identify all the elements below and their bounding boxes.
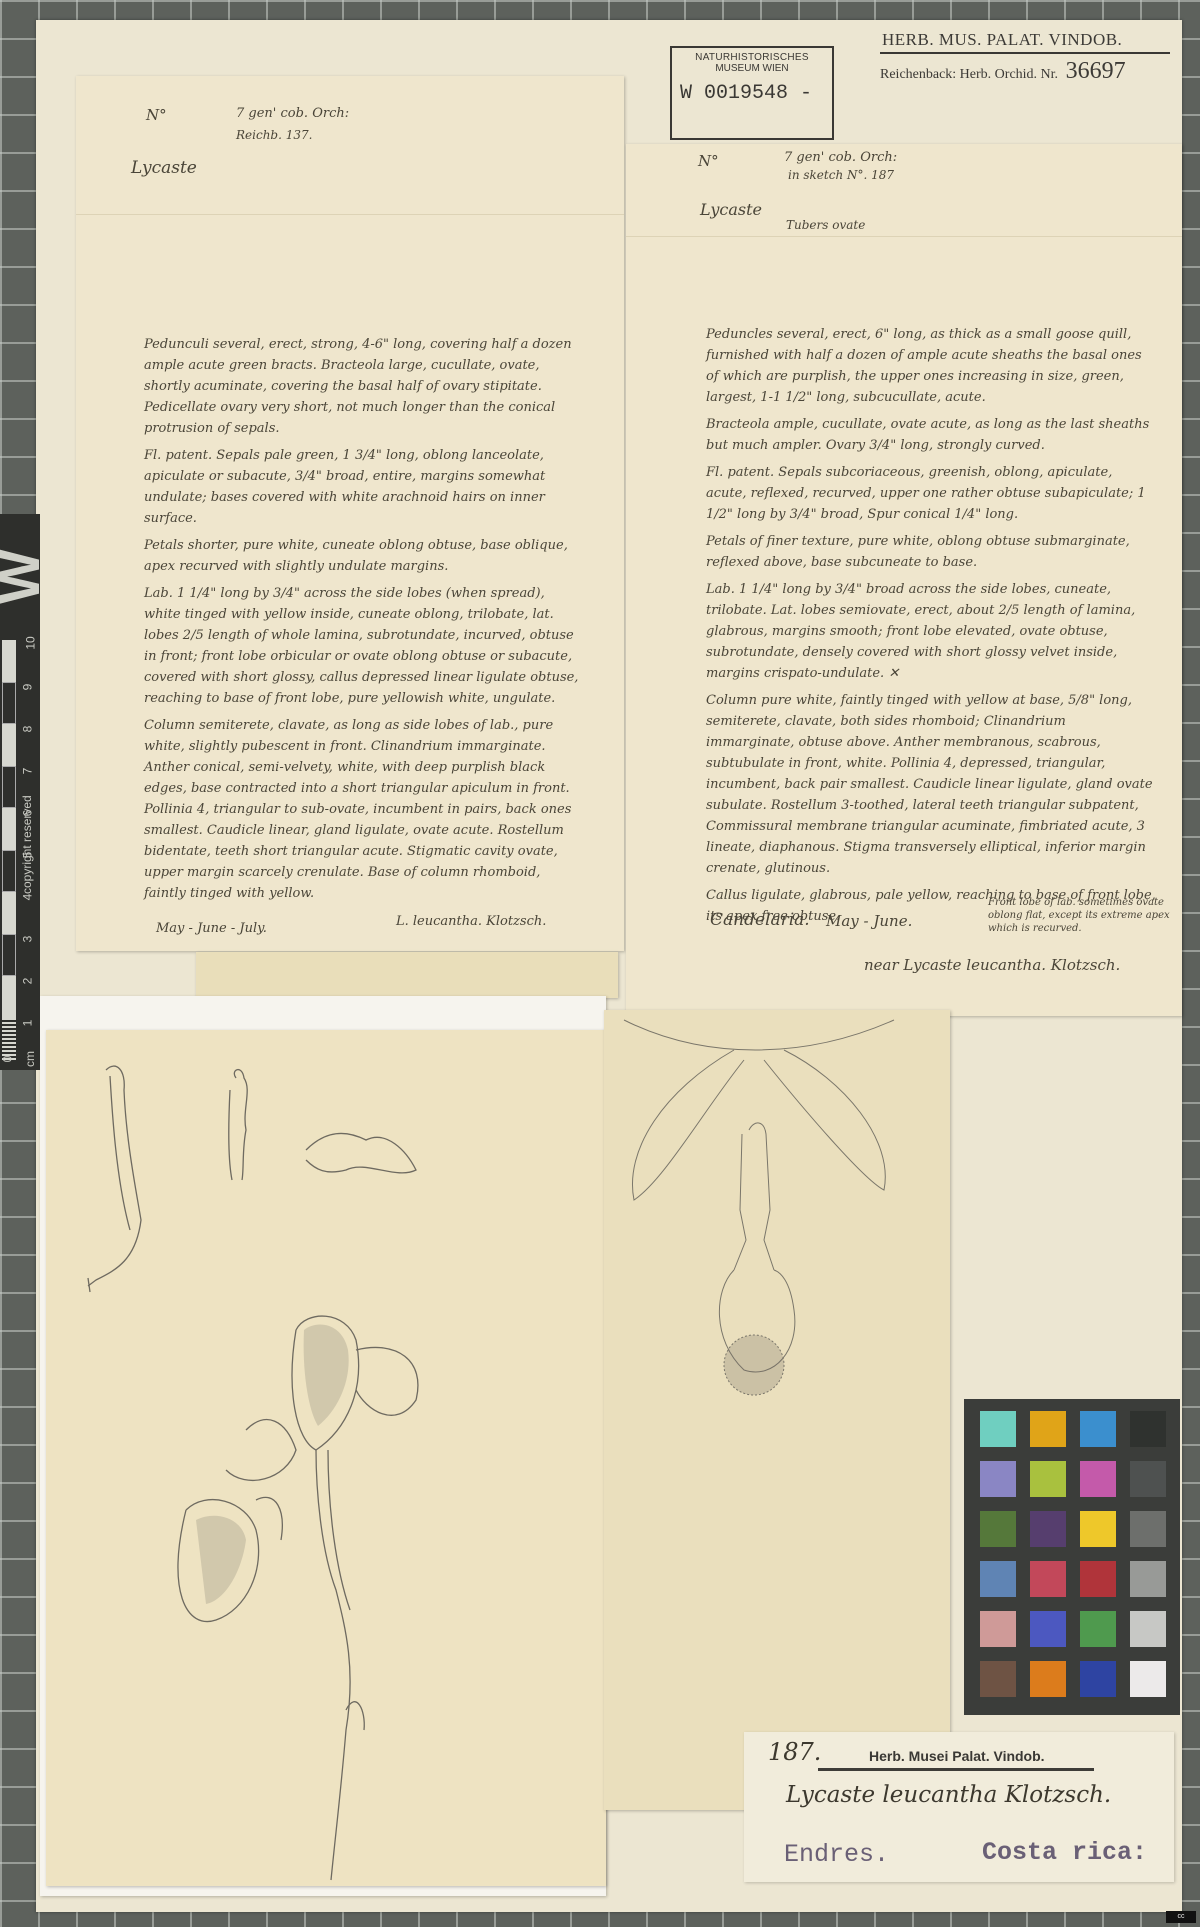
color-swatch (1130, 1411, 1166, 1447)
ruler-tick-3: 3 (20, 936, 34, 943)
color-swatch (980, 1611, 1016, 1647)
left-header-ref: 7 gen' cob. Orch: (236, 106, 349, 121)
color-swatch (1130, 1461, 1166, 1497)
herbarium-number: 36697 (1066, 58, 1126, 84)
color-swatch (1080, 1611, 1116, 1647)
label-taxon: Lycaste leucantha Klotzsch. (786, 1782, 1111, 1808)
right-footer-months: May - June. (826, 912, 912, 930)
ruler-segment (2, 934, 16, 976)
right-header-ref: 7 gen' cob. Orch: (784, 150, 897, 165)
orchid-front-view-drawing (604, 1010, 950, 1810)
color-swatch (1030, 1611, 1066, 1647)
right-footer-name: near Lycaste leucantha. Klotzsch. (864, 956, 1120, 974)
museum-logo-w: W (2, 522, 38, 632)
label-collector: Endres. (784, 1840, 889, 1869)
paragraph: Peduncles several, erect, 6" long, as th… (706, 324, 1156, 408)
ruler-segment (2, 766, 16, 808)
color-swatch (1130, 1511, 1166, 1547)
color-swatch (1030, 1661, 1066, 1697)
reichenbach-label: Reichenback: Herb. Orchid. Nr. (880, 67, 1058, 82)
labellum-callus (724, 1335, 784, 1395)
fold-line (76, 214, 624, 215)
left-description-text: Pedunculi several, erect, strong, 4-6" l… (144, 334, 584, 910)
right-subnote: Tubers ovate (786, 218, 865, 232)
ruler-segment (2, 640, 16, 682)
color-calibration-chart (964, 1399, 1180, 1715)
left-header-no: N° (146, 106, 167, 124)
stamp-divider (880, 52, 1170, 54)
paragraph: Petals of finer texture, pure white, obl… (706, 531, 1156, 573)
right-genus: Lycaste (700, 200, 762, 219)
color-swatch (1130, 1561, 1166, 1597)
ruler-tick-0: 0 (0, 1056, 14, 1063)
ruler-segment (2, 724, 16, 766)
color-swatch (1130, 1611, 1166, 1647)
color-swatch (1030, 1411, 1066, 1447)
ruler-tick-9: 9 (20, 684, 34, 691)
fold-line (626, 236, 1182, 237)
label-rule (818, 1768, 1094, 1771)
ruler-segment (2, 976, 16, 1018)
paragraph: Pedunculi several, erect, strong, 4-6" l… (144, 334, 584, 439)
color-swatch (1080, 1561, 1116, 1597)
paragraph: Lab. 1 1/4" long by 3/4" broad across th… (706, 579, 1156, 684)
left-genus: Lycaste (131, 158, 197, 178)
scale-ruler: W copyright reserved 10 9 8 7 6 5 4 3 2 … (0, 514, 40, 1070)
license-badge: cc (1166, 1911, 1196, 1923)
color-swatch (1080, 1661, 1116, 1697)
museum-barcode-stamp: NATURHISTORISCHES MUSEUM WIEN W 0019548 … (670, 46, 834, 140)
left-header-sub: Reichb. 137. (236, 128, 312, 142)
ruler-tick-8: 8 (20, 726, 34, 733)
right-footer-place: Candelaria. (710, 910, 810, 930)
left-footer-name: L. leucantha. Klotzsch. (396, 914, 546, 929)
color-swatch (980, 1661, 1016, 1697)
stamp-line2: MUSEUM WIEN (672, 63, 832, 74)
barcode-number: W 0019548 - (680, 82, 832, 105)
right-header-sub: in sketch N°. 187 (788, 168, 894, 182)
paragraph: Fl. patent. Sepals pale green, 1 3/4" lo… (144, 445, 584, 529)
ruler-segment (2, 850, 16, 892)
label-number: 187. (768, 1738, 821, 1766)
ruler-tick-1: 1 (20, 1020, 34, 1027)
specimen-label: 187. Herb. Musei Palat. Vindob. Lycaste … (744, 1732, 1174, 1882)
color-swatch (1080, 1461, 1116, 1497)
ruler-tick-10: 10 (24, 636, 38, 649)
right-description-text: Peduncles several, erect, 6" long, as th… (706, 324, 1156, 933)
color-swatch (980, 1561, 1016, 1597)
herbarium-title-stamp: HERB. MUS. PALAT. VINDOB. (882, 30, 1122, 50)
paragraph: Column semiterete, clavate, as long as s… (144, 715, 584, 904)
color-swatch (980, 1461, 1016, 1497)
paragraph: Petals shorter, pure white, cuneate oblo… (144, 535, 584, 577)
right-side-note: Front lobe of lab. sometimes ovate oblon… (988, 896, 1178, 935)
paragraph: Fl. patent. Sepals subcoriaceous, greeni… (706, 462, 1156, 525)
paragraph: Column pure white, faintly tinged with y… (706, 690, 1156, 879)
ruler-unit: cm (23, 1051, 37, 1067)
paragraph: Bracteola ample, cucullate, ovate acute,… (706, 414, 1156, 456)
underlying-drawing-strip (196, 952, 618, 998)
color-swatch (1030, 1461, 1066, 1497)
right-description-sheet: N° 7 gen' cob. Orch: in sketch N°. 187 L… (626, 144, 1182, 1016)
color-swatch (1130, 1661, 1166, 1697)
orchid-pencil-drawing (46, 1030, 606, 1886)
stamp-line1: NATURHISTORISCHES (672, 52, 832, 63)
ruler-segment (2, 892, 16, 934)
label-herbarium: Herb. Musei Palat. Vindob. (869, 1748, 1045, 1764)
ruler-tick-6: 6 (20, 810, 34, 817)
ruler-mm-segment (2, 1018, 16, 1060)
color-swatch (1030, 1511, 1066, 1547)
left-footer-months: May - June - July. (156, 921, 267, 936)
flower-sketch-sheet (46, 1030, 606, 1886)
ruler-tick-7: 7 (20, 768, 34, 775)
paragraph: Lab. 1 1/4" long by 3/4" across the side… (144, 583, 584, 709)
ruler-tick-4: 4 (20, 894, 34, 901)
herbarium-subtitle-stamp: Reichenback: Herb. Orchid. Nr. 36697 (880, 58, 1126, 85)
ruler-segment (2, 808, 16, 850)
color-swatch (980, 1511, 1016, 1547)
ruler-scale-bar (2, 640, 20, 1060)
color-swatch (1030, 1561, 1066, 1597)
ruler-tick-2: 2 (20, 978, 34, 985)
color-swatch (1080, 1511, 1116, 1547)
color-swatch (1080, 1411, 1116, 1447)
copyright-text: copyright reserved (20, 664, 34, 894)
flower-front-view-sheet (604, 1010, 950, 1810)
label-locality: Costa rica: (982, 1838, 1147, 1867)
left-description-sheet: N° 7 gen' cob. Orch: Reichb. 137. Lycast… (76, 76, 624, 951)
color-swatch (980, 1411, 1016, 1447)
ruler-tick-5: 5 (20, 852, 34, 859)
right-header-no: N° (698, 152, 719, 170)
ruler-segment (2, 682, 16, 724)
